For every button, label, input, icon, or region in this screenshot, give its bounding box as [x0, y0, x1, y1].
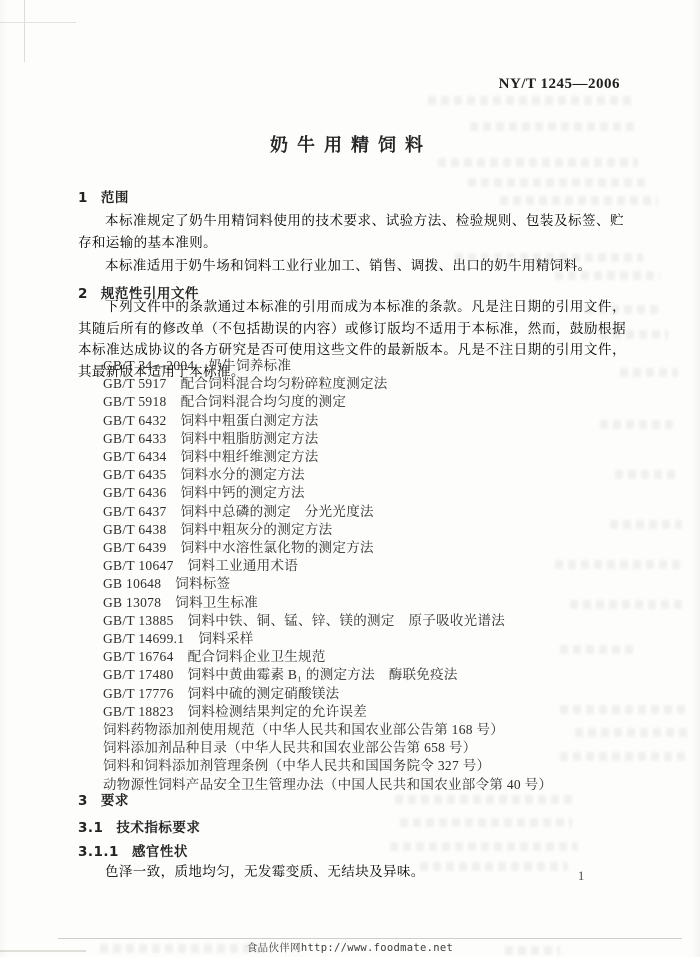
reference-code: GB/T 6439	[103, 540, 167, 555]
reference-code: GB/T 6436	[103, 485, 167, 500]
reference-title: 饲料添加剂品种目录（中华人民共和国农业部公告第 658 号）	[103, 740, 477, 755]
reference-item-regulation: 动物源性饲料产品安全卫生管理办法（中国人民共和国农业部令第 40 号）	[103, 776, 663, 794]
reference-code: GB/T 13885	[103, 613, 174, 628]
scan-edge-line	[58, 938, 682, 939]
scope-paragraph-1: 本标准规定了奶牛用精饲料使用的技术要求、试验方法、检验规则、包装及标签、贮存和运…	[78, 210, 624, 253]
bleedthrough-artifact	[470, 122, 635, 131]
reference-code: GB/T 34—2004	[103, 358, 194, 373]
reference-title: 饲料和饲料添加剂管理条例（中华人民共和国国务院令 327 号）	[103, 758, 490, 773]
reference-item: GB/T 34—2004奶牛饲养标准	[103, 357, 663, 375]
reference-title: 饲料中粗灰分的测定方法	[181, 522, 333, 537]
reference-title: 饲料中硫的测定硝酸镁法	[188, 686, 340, 701]
reference-title: 饲料水分的测定方法	[181, 467, 305, 482]
reference-item: GB/T 6439饲料中水溶性氯化物的测定方法	[103, 539, 663, 557]
section-label: 范围	[101, 190, 129, 206]
reference-title: 饲料采样	[198, 631, 253, 646]
reference-code: GB 13078	[103, 595, 161, 610]
reference-code: GB 10648	[103, 576, 161, 591]
document-title: 奶牛用精饲料	[78, 131, 624, 157]
reference-title: 饲料标签	[175, 576, 230, 591]
reference-item: GB/T 17480饲料中黄曲霉素 B₁ 的测定方法 酶联免疫法	[103, 666, 663, 684]
reference-item-regulation: 饲料和饲料添加剂管理条例（中华人民共和国国务院令 327 号）	[103, 757, 663, 775]
section-number: 3	[78, 793, 88, 809]
section-heading-requirements: 3要求	[78, 789, 129, 809]
reference-item: GB/T 17776饲料中硫的测定硝酸镁法	[103, 685, 663, 703]
reference-code: GB/T 6438	[103, 522, 167, 537]
scan-edge-shade	[692, 0, 700, 957]
reference-code: GB/T 18823	[103, 704, 174, 719]
reference-title: 配合饲料混合均匀度的测定	[181, 394, 347, 409]
reference-title: 配合饲料企业卫生规范	[188, 649, 326, 664]
bleedthrough-artifact	[438, 158, 638, 167]
scope-paragraph-2: 本标准适用于奶牛场和饲料工业行业加工、销售、调拨、出口的奶牛用精饲料。	[78, 255, 624, 277]
bleedthrough-artifact	[400, 818, 572, 827]
reference-code: GB/T 14699.1	[103, 631, 184, 646]
reference-item: GB/T 13885饲料中铁、铜、锰、锌、镁的测定 原子吸收光谱法	[103, 612, 663, 630]
references-list: GB/T 34—2004奶牛饲养标准 GB/T 5917配合饲料混合均匀粉碎粒度…	[78, 357, 663, 794]
reference-item: GB/T 6435饲料水分的测定方法	[103, 466, 663, 484]
reference-code: GB/T 5917	[103, 376, 167, 391]
reference-code: GB/T 6433	[103, 431, 167, 446]
bleedthrough-artifact	[428, 96, 633, 105]
standard-number: NY/T 1245—2006	[499, 76, 620, 93]
bleedthrough-artifact	[395, 795, 577, 804]
reference-title: 饲料药物添加剂使用规范（中华人民共和国农业部公告第 168 号）	[103, 722, 504, 737]
reference-code: GB/T 10647	[103, 558, 174, 573]
section-number: 3.1	[78, 820, 103, 836]
reference-code: GB/T 6432	[103, 413, 167, 428]
document-page: NY/T 1245—2006 奶牛用精饲料 1范围 本标准规定了奶牛用精饲料使用…	[0, 0, 700, 957]
section-number: 1	[78, 190, 88, 206]
reference-title: 奶牛饲养标准	[208, 358, 291, 373]
reference-title: 饲料中钙的测定方法	[181, 485, 305, 500]
reference-item: GB/T 5917配合饲料混合均匀粉碎粒度测定法	[103, 375, 663, 393]
reference-code: GB/T 6434	[103, 449, 167, 464]
reference-title: 饲料中粗纤维测定方法	[181, 449, 319, 464]
section-label: 技术指标要求	[116, 820, 200, 836]
reference-item: GB 13078饲料卫生标准	[103, 594, 663, 612]
reference-item-regulation: 饲料药物添加剂使用规范（中华人民共和国农业部公告第 168 号）	[103, 721, 663, 739]
reference-item: GB/T 6437饲料中总磷的测定 分光光度法	[103, 503, 663, 521]
bleedthrough-artifact	[500, 196, 658, 205]
reference-title: 动物源性饲料产品安全卫生管理办法（中国人民共和国农业部令第 40 号）	[103, 777, 552, 792]
reference-code: GB/T 6435	[103, 467, 167, 482]
reference-title: 饲料中粗脂肪测定方法	[181, 431, 319, 446]
reference-title: 饲料中粗蛋白测定方法	[181, 413, 319, 428]
reference-title: 饲料中黄曲霉素 B₁ 的测定方法 酶联免疫法	[188, 667, 458, 682]
bleedthrough-artifact	[468, 178, 650, 187]
subsection-heading-technical-indicators: 3.1技术指标要求	[78, 816, 200, 836]
reference-title: 配合饲料混合均匀粉碎粒度测定法	[181, 376, 388, 391]
sensory-paragraph: 色泽一致，质地均匀，无发霉变质、无结块及异味。	[78, 861, 624, 883]
reference-title: 饲料检测结果判定的允许误差	[188, 704, 367, 719]
reference-item: GB/T 6433饲料中粗脂肪测定方法	[103, 430, 663, 448]
section-label: 感官性状	[132, 844, 188, 860]
scan-edge-line	[24, 0, 25, 62]
reference-item: GB/T 6436饲料中钙的测定方法	[103, 484, 663, 502]
reference-item: GB 10648饲料标签	[103, 575, 663, 593]
reference-item: GB/T 10647饲料工业通用术语	[103, 557, 663, 575]
reference-item: GB/T 6438饲料中粗灰分的测定方法	[103, 521, 663, 539]
reference-code: GB/T 16764	[103, 649, 174, 664]
bleedthrough-artifact	[390, 842, 578, 851]
scan-edge-shade	[0, 0, 6, 957]
reference-title: 饲料中水溶性氯化物的测定方法	[181, 540, 374, 555]
reference-title: 饲料中总磷的测定 分光光度法	[181, 504, 374, 519]
reference-item: GB/T 5918配合饲料混合均匀度的测定	[103, 393, 663, 411]
reference-title: 饲料工业通用术语	[188, 558, 298, 573]
section-label: 要求	[101, 793, 129, 809]
page-number: 1	[578, 869, 584, 884]
reference-item: GB/T 6434饲料中粗纤维测定方法	[103, 448, 663, 466]
reference-item: GB/T 6432饲料中粗蛋白测定方法	[103, 412, 663, 430]
reference-item: GB/T 18823饲料检测结果判定的允许误差	[103, 703, 663, 721]
reference-item-regulation: 饲料添加剂品种目录（中华人民共和国农业部公告第 658 号）	[103, 739, 663, 757]
reference-code: GB/T 17480	[103, 667, 174, 682]
reference-title: 饲料卫生标准	[175, 595, 258, 610]
subsection-heading-sensory: 3.1.1感官性状	[78, 840, 188, 860]
reference-item: GB/T 14699.1饲料采样	[103, 630, 663, 648]
reference-item: GB/T 16764配合饲料企业卫生规范	[103, 648, 663, 666]
scan-edge-line	[0, 22, 76, 23]
watermark-footer: 食品伙伴网http://www.foodmate.net	[0, 940, 700, 955]
reference-code: GB/T 6437	[103, 504, 167, 519]
section-number: 3.1.1	[78, 844, 119, 860]
reference-code: GB/T 5918	[103, 394, 167, 409]
reference-code: GB/T 17776	[103, 686, 174, 701]
reference-title: 饲料中铁、铜、锰、锌、镁的测定 原子吸收光谱法	[188, 613, 505, 628]
section-heading-scope: 1范围	[78, 186, 129, 206]
